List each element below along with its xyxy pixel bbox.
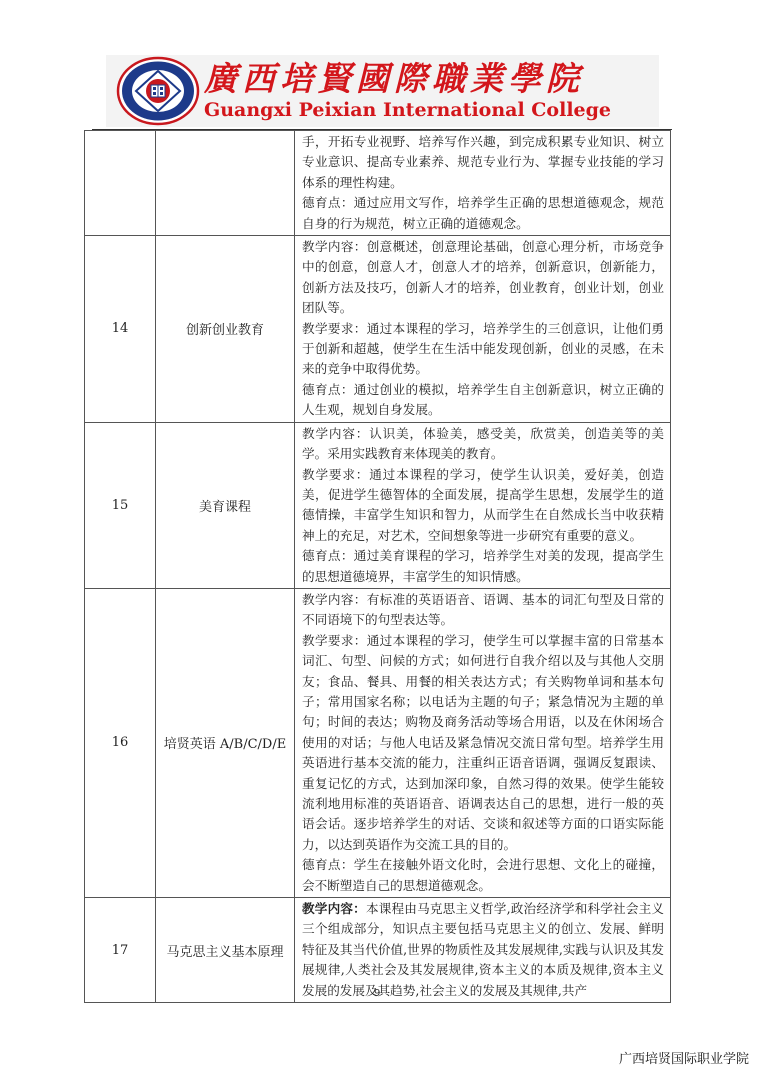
table-row: 15 美育课程 教学内容：认识美，体验美，感受美，欣赏美，创造美等的美学。采用实… bbox=[85, 422, 671, 588]
header-banner: 廣西培賢國際職業學院 Guangxi Peixian International… bbox=[106, 55, 659, 127]
table-row: 16 培贤英语 A/B/C/D/E 教学内容：有标准的英语语音、语调、基本的词汇… bbox=[85, 588, 671, 897]
course-name bbox=[156, 131, 295, 236]
teaching-content-label: 教学内容： bbox=[302, 901, 366, 916]
page-number: 9 bbox=[374, 988, 380, 999]
teaching-requirements: 教学要求：通过本课程的学习，培养学生的三创意识，让他们勇于创新和超越，使学生在生… bbox=[302, 319, 664, 380]
table-row: 14 创新创业教育 教学内容：创意概述，创意理论基础，创意心理分析，市场竞争中的… bbox=[85, 236, 671, 423]
college-title-en: Guangxi Peixian International College bbox=[204, 98, 611, 122]
course-description: 教学内容：本课程由马克思主义哲学,政治经济学和科学社会主义三个组成部分，知识点主… bbox=[295, 898, 671, 1003]
footer-college-name: 广西培贤国际职业学院 bbox=[619, 1048, 749, 1067]
teaching-requirements: 教学要求：通过本课程的学习，使学生可以掌握丰富的日常基本词汇、句型、问候的方式；… bbox=[302, 631, 664, 855]
teaching-content: 教学内容：创意概述，创意理论基础，创意心理分析，市场竞争中的创意，创意人才，创意… bbox=[302, 237, 664, 319]
moral-education-point: 德育点：通过应用文写作，培养学生正确的思想道德观念，规范自身的行为规范，树立正确… bbox=[302, 193, 664, 234]
college-title-cn: 廣西培賢國際職業學院 bbox=[204, 60, 611, 98]
table-row: 17 马克思主义基本原理 教学内容：本课程由马克思主义哲学,政治经济学和科学社会… bbox=[85, 898, 671, 1003]
course-description: 教学内容：有标准的英语语音、语调、基本的词汇句型及日常的不同语境下的句型表达等。… bbox=[295, 588, 671, 897]
course-name: 马克思主义基本原理 bbox=[156, 898, 295, 1003]
course-name: 美育课程 bbox=[156, 422, 295, 588]
table-row: 手，开拓专业视野、培养写作兴趣，到完成积累专业知识、树立专业意识、提高专业素养、… bbox=[85, 131, 671, 236]
course-number: 15 bbox=[85, 422, 156, 588]
description-paragraph: 手，开拓专业视野、培养写作兴趣，到完成积累专业知识、树立专业意识、提高专业素养、… bbox=[302, 132, 664, 193]
course-description: 教学内容：认识美，体验美，感受美，欣赏美，创造美等的美学。采用实践教育来体现美的… bbox=[295, 422, 671, 588]
course-table: 手，开拓专业视野、培养写作兴趣，到完成积累专业知识、树立专业意识、提高专业素养、… bbox=[84, 130, 671, 1003]
moral-education-point: 德育点：通过创业的模拟，培养学生自主创新意识，树立正确的人生观，规划自身发展。 bbox=[302, 380, 664, 421]
course-description: 教学内容：创意概述，创意理论基础，创意心理分析，市场竞争中的创意，创意人才，创意… bbox=[295, 236, 671, 423]
course-description: 手，开拓专业视野、培养写作兴趣，到完成积累专业知识、树立专业意识、提高专业素养、… bbox=[295, 131, 671, 236]
course-number bbox=[85, 131, 156, 236]
college-seal-icon bbox=[116, 56, 200, 126]
course-number: 16 bbox=[85, 588, 156, 897]
teaching-content: 教学内容：有标准的英语语音、语调、基本的词汇句型及日常的不同语境下的句型表达等。 bbox=[302, 590, 664, 631]
teaching-requirements: 教学要求：通过本课程的学习，使学生认识美，爱好美，创造美，促进学生德智体的全面发… bbox=[302, 465, 664, 547]
teaching-content: 教学内容：认识美，体验美，感受美，欣赏美，创造美等的美学。采用实践教育来体现美的… bbox=[302, 424, 664, 465]
course-number: 14 bbox=[85, 236, 156, 423]
course-name: 创新创业教育 bbox=[156, 236, 295, 423]
moral-education-point: 德育点：学生在接触外语文化时，会进行思想、文化上的碰撞，会不断塑造自己的思想道德… bbox=[302, 855, 664, 896]
course-name: 培贤英语 A/B/C/D/E bbox=[156, 588, 295, 897]
course-number: 17 bbox=[85, 898, 156, 1003]
teaching-content: 教学内容：本课程由马克思主义哲学,政治经济学和科学社会主义三个组成部分，知识点主… bbox=[302, 899, 664, 1001]
moral-education-point: 德育点：通过美育课程的学习，培养学生对美的发现，提高学生的思想道德境界，丰富学生… bbox=[302, 546, 664, 587]
college-title: 廣西培賢國際職業學院 Guangxi Peixian International… bbox=[204, 60, 611, 122]
